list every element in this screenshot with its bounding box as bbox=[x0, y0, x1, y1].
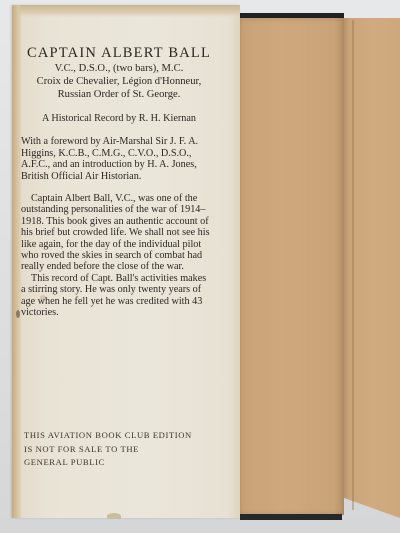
foreword-line: British Official Air Historian. bbox=[21, 171, 217, 183]
foreword-credit: With a foreword by Air-Marshal Sir J. F.… bbox=[21, 136, 217, 182]
book-board-bottom-edge bbox=[240, 514, 342, 520]
paragraph-line: like again, for the day of the individua… bbox=[21, 239, 217, 250]
honours-line-3: Russian Order of St. George. bbox=[21, 88, 217, 101]
book-title: CAPTAIN ALBERT BALL bbox=[21, 45, 217, 61]
description-paragraph-2: This record of Capt. Ball's activities m… bbox=[21, 273, 217, 319]
paragraph-line: victories. bbox=[21, 307, 217, 318]
foreword-line: A.F.C., and an introduction by H. A. Jon… bbox=[21, 159, 217, 171]
paragraph-line: a stirring story. He was only twenty yea… bbox=[21, 284, 217, 295]
paragraph-line: really ended before the close of the war… bbox=[21, 261, 217, 272]
edge-stain bbox=[16, 310, 20, 318]
endpaper-left-page bbox=[240, 18, 344, 515]
paragraph-line: outstanding personalities of the war of … bbox=[21, 204, 217, 215]
notice-line: is not for sale to the bbox=[24, 443, 224, 457]
description-paragraph-1: Captain Albert Ball, V.C., was one of th… bbox=[21, 193, 217, 273]
honours-line-1: V.C., D.S.O., (two bars), M.C. bbox=[21, 62, 217, 75]
paragraph-line: who roved the skies in search of combat … bbox=[21, 250, 217, 261]
paragraph-line: Captain Albert Ball, V.C., was one of th… bbox=[21, 193, 217, 204]
notice-line: This Aviation Book Club Edition bbox=[24, 429, 224, 443]
photo-scene: CAPTAIN ALBERT BALL V.C., D.S.O., (two b… bbox=[0, 0, 400, 533]
paragraph-line: 1918. This book gives an authentic accou… bbox=[21, 216, 217, 227]
honours-line-2: Croix de Chevalier, Légion d'Honneur, bbox=[21, 75, 217, 88]
flap-blurb: CAPTAIN ALBERT BALL V.C., D.S.O., (two b… bbox=[21, 45, 217, 318]
foreword-line: With a foreword by Air-Marshal Sir J. F.… bbox=[21, 136, 217, 148]
dust-jacket-flap: CAPTAIN ALBERT BALL V.C., D.S.O., (two b… bbox=[12, 5, 240, 518]
paragraph-line: This record of Capt. Ball's activities m… bbox=[21, 273, 217, 284]
book-hinge bbox=[352, 20, 354, 510]
author-line: A Historical Record by R. H. Kiernan bbox=[21, 112, 217, 125]
flap-bottom-tear bbox=[107, 513, 121, 519]
notice-line: general public bbox=[24, 456, 224, 470]
book-club-notice: This Aviation Book Club Edition is not f… bbox=[24, 429, 224, 470]
flap-worn-top-edge bbox=[12, 5, 240, 17]
foreword-line: Higgins, K.C.B., C.M.G., C.V.O., D.S.O., bbox=[21, 148, 217, 160]
paragraph-line: his brief but crowded life. We shall not… bbox=[21, 227, 217, 238]
paragraph-line: age when he fell yet he was credited wit… bbox=[21, 296, 217, 307]
